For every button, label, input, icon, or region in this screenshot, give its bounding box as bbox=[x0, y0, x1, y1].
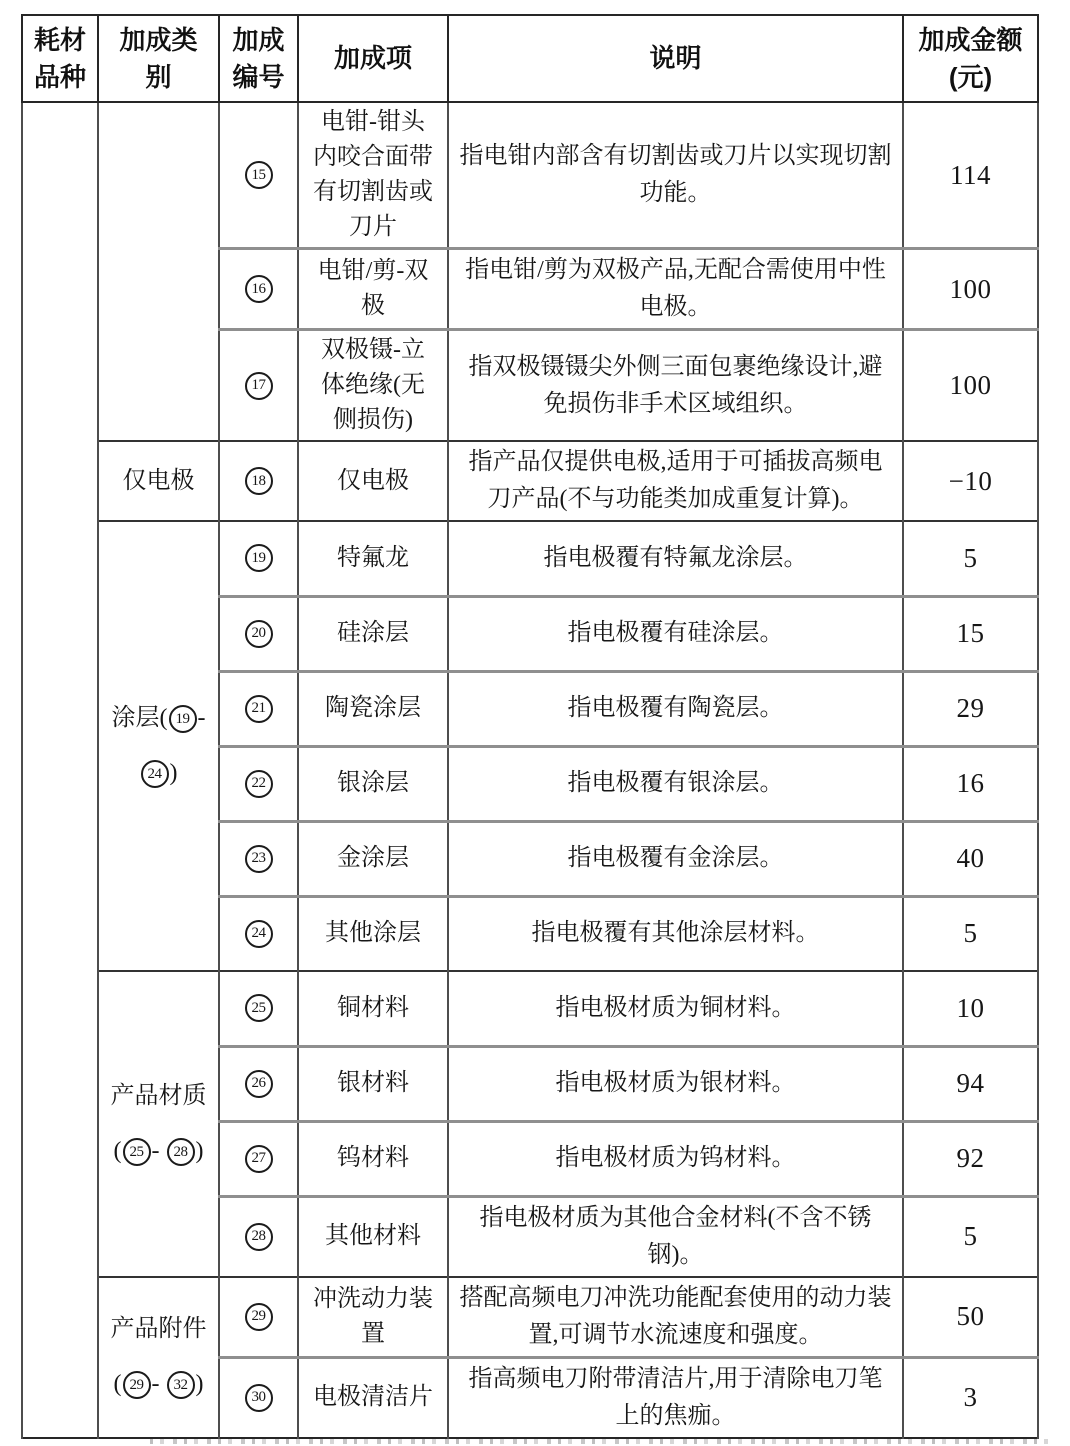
category-range-end: 32) bbox=[166, 1371, 204, 1397]
circled-number-badge: 27 bbox=[245, 1145, 273, 1173]
table-row: 产品附件(29- 32)29冲洗动力装置搭配高频电刀冲洗功能配套使用的动力装置,… bbox=[22, 1277, 1038, 1358]
description-cell: 指电极覆有陶瓷层。 bbox=[448, 671, 903, 746]
markup-number-cell: 24 bbox=[219, 896, 298, 971]
description-cell: 指电极材质为银材料。 bbox=[448, 1046, 903, 1121]
consumable-type-cell bbox=[22, 102, 98, 1438]
header-row: 耗材品种 加成类别 加成编号 加成项 说明 加成金额(元) bbox=[22, 15, 1038, 102]
circled-number-badge: 16 bbox=[245, 275, 273, 303]
markup-item-cell: 电钳-钳头内咬合面带有切割齿或刀片 bbox=[298, 102, 448, 249]
amount-cell: 114 bbox=[903, 102, 1038, 249]
circled-number-badge: 30 bbox=[245, 1384, 273, 1412]
circled-number-badge: 26 bbox=[245, 1070, 273, 1098]
markup-number-cell: 20 bbox=[219, 596, 298, 671]
category-range-start: (25- bbox=[114, 1138, 160, 1164]
category-range-start: (29- bbox=[114, 1371, 160, 1397]
circled-number-badge: 19 bbox=[245, 544, 273, 572]
header-markup-number: 加成编号 bbox=[219, 15, 298, 102]
markup-item-cell: 银材料 bbox=[298, 1046, 448, 1121]
amount-cell: −10 bbox=[903, 441, 1038, 521]
markup-item-cell: 银涂层 bbox=[298, 746, 448, 821]
table-row: 15电钳-钳头内咬合面带有切割齿或刀片指电钳内部含有切割齿或刀片以实现切割功能。… bbox=[22, 102, 1038, 249]
markup-number-cell: 18 bbox=[219, 441, 298, 521]
description-cell: 指电极材质为其他合金材料(不含不锈钢)。 bbox=[448, 1196, 903, 1277]
circled-number-badge: 21 bbox=[245, 695, 273, 723]
amount-cell: 3 bbox=[903, 1357, 1038, 1438]
markup-number-cell: 26 bbox=[219, 1046, 298, 1121]
category-range-start: (19- bbox=[160, 705, 206, 731]
category-cell: 涂层(19- 24) bbox=[98, 521, 219, 971]
markup-item-cell: 金涂层 bbox=[298, 821, 448, 896]
description-cell: 指产品仅提供电极,适用于可插拔高频电刀产品(不与功能类加成重复计算)。 bbox=[448, 441, 903, 521]
description-cell: 指电极覆有其他涂层材料。 bbox=[448, 896, 903, 971]
markup-number-cell: 19 bbox=[219, 521, 298, 596]
table-body: 15电钳-钳头内咬合面带有切割齿或刀片指电钳内部含有切割齿或刀片以实现切割功能。… bbox=[22, 102, 1038, 1438]
amount-cell: 15 bbox=[903, 596, 1038, 671]
category-cell: 产品材质(25- 28) bbox=[98, 971, 219, 1277]
description-cell: 指电极覆有金涂层。 bbox=[448, 821, 903, 896]
table-row: 产品材质(25- 28)25铜材料指电极材质为铜材料。10 bbox=[22, 971, 1038, 1046]
circled-number-badge: 17 bbox=[245, 372, 273, 400]
amount-cell: 94 bbox=[903, 1046, 1038, 1121]
table-header: 耗材品种 加成类别 加成编号 加成项 说明 加成金额(元) bbox=[22, 15, 1038, 102]
circled-number-badge: 24 bbox=[141, 760, 169, 788]
markup-number-cell: 27 bbox=[219, 1121, 298, 1196]
amount-cell: 92 bbox=[903, 1121, 1038, 1196]
amount-cell: 5 bbox=[903, 1196, 1038, 1277]
category-label: 仅电极 bbox=[123, 468, 195, 494]
amount-cell: 40 bbox=[903, 821, 1038, 896]
document-page: 耗材品种 加成类别 加成编号 加成项 说明 加成金额(元) 15电钳-钳头内咬合… bbox=[0, 0, 1070, 1446]
circled-number-badge: 19 bbox=[169, 705, 197, 733]
markup-number-cell: 30 bbox=[219, 1357, 298, 1438]
markup-number-cell: 28 bbox=[219, 1196, 298, 1277]
circled-number-badge: 24 bbox=[245, 920, 273, 948]
markup-number-cell: 15 bbox=[219, 102, 298, 249]
markup-number-cell: 16 bbox=[219, 249, 298, 330]
amount-cell: 5 bbox=[903, 521, 1038, 596]
description-cell: 指电极覆有硅涂层。 bbox=[448, 596, 903, 671]
description-cell: 指电极材质为铜材料。 bbox=[448, 971, 903, 1046]
description-cell: 指电极材质为钨材料。 bbox=[448, 1121, 903, 1196]
header-markup-amount: 加成金额(元) bbox=[903, 15, 1038, 102]
category-label: 产品附件 bbox=[111, 1316, 207, 1342]
markup-item-cell: 仅电极 bbox=[298, 441, 448, 521]
circled-number-badge: 29 bbox=[245, 1303, 273, 1331]
markup-number-cell: 25 bbox=[219, 971, 298, 1046]
circled-number-badge: 29 bbox=[123, 1371, 151, 1399]
markup-item-cell: 钨材料 bbox=[298, 1121, 448, 1196]
amount-cell: 10 bbox=[903, 971, 1038, 1046]
markup-item-cell: 电极清洁片 bbox=[298, 1357, 448, 1438]
description-cell: 指电钳内部含有切割齿或刀片以实现切割功能。 bbox=[448, 102, 903, 249]
circled-number-badge: 32 bbox=[167, 1371, 195, 1399]
markup-item-cell: 电钳/剪-双极 bbox=[298, 249, 448, 330]
description-cell: 搭配高频电刀冲洗功能配套使用的动力装置,可调节水流速度和强度。 bbox=[448, 1277, 903, 1358]
markup-table: 耗材品种 加成类别 加成编号 加成项 说明 加成金额(元) 15电钳-钳头内咬合… bbox=[21, 14, 1039, 1439]
markup-item-cell: 其他涂层 bbox=[298, 896, 448, 971]
markup-number-cell: 21 bbox=[219, 671, 298, 746]
circled-number-badge: 18 bbox=[245, 467, 273, 495]
circled-number-badge: 25 bbox=[245, 994, 273, 1022]
category-label: 涂层 bbox=[112, 705, 160, 731]
amount-cell: 5 bbox=[903, 896, 1038, 971]
circled-number-badge: 23 bbox=[245, 845, 273, 873]
header-consumable-type: 耗材品种 bbox=[22, 15, 98, 102]
header-markup-item: 加成项 bbox=[298, 15, 448, 102]
circled-number-badge: 22 bbox=[245, 770, 273, 798]
amount-cell: 50 bbox=[903, 1277, 1038, 1358]
header-markup-category: 加成类别 bbox=[98, 15, 219, 102]
description-cell: 指电极覆有特氟龙涂层。 bbox=[448, 521, 903, 596]
markup-item-cell: 陶瓷涂层 bbox=[298, 671, 448, 746]
description-cell: 指电极覆有银涂层。 bbox=[448, 746, 903, 821]
description-cell: 指高频电刀附带清洁片,用于清除电刀笔上的焦痂。 bbox=[448, 1357, 903, 1438]
amount-cell: 16 bbox=[903, 746, 1038, 821]
circled-number-badge: 28 bbox=[167, 1138, 195, 1166]
description-cell: 指双极镊镊尖外侧三面包裹绝缘设计,避免损伤非手术区域组织。 bbox=[448, 330, 903, 442]
description-cell: 指电钳/剪为双极产品,无配合需使用中性电极。 bbox=[448, 249, 903, 330]
markup-item-cell: 特氟龙 bbox=[298, 521, 448, 596]
category-cell: 产品附件(29- 32) bbox=[98, 1277, 219, 1438]
category-range-end: 28) bbox=[166, 1138, 204, 1164]
amount-cell: 29 bbox=[903, 671, 1038, 746]
cutoff-text-artifact bbox=[150, 1439, 1050, 1444]
table-row: 仅电极18仅电极指产品仅提供电极,适用于可插拔高频电刀产品(不与功能类加成重复计… bbox=[22, 441, 1038, 521]
circled-number-badge: 20 bbox=[245, 620, 273, 648]
markup-item-cell: 铜材料 bbox=[298, 971, 448, 1046]
category-range-end: 24) bbox=[140, 760, 178, 786]
table-row: 涂层(19- 24)19特氟龙指电极覆有特氟龙涂层。5 bbox=[22, 521, 1038, 596]
circled-number-badge: 25 bbox=[123, 1138, 151, 1166]
markup-number-cell: 17 bbox=[219, 330, 298, 442]
amount-cell: 100 bbox=[903, 249, 1038, 330]
markup-item-cell: 冲洗动力装置 bbox=[298, 1277, 448, 1358]
header-description: 说明 bbox=[448, 15, 903, 102]
markup-item-cell: 硅涂层 bbox=[298, 596, 448, 671]
markup-number-cell: 29 bbox=[219, 1277, 298, 1358]
category-cell bbox=[98, 102, 219, 441]
markup-item-cell: 双极镊-立体绝缘(无侧损伤) bbox=[298, 330, 448, 442]
amount-cell: 100 bbox=[903, 330, 1038, 442]
markup-number-cell: 22 bbox=[219, 746, 298, 821]
markup-item-cell: 其他材料 bbox=[298, 1196, 448, 1277]
category-label: 产品材质 bbox=[111, 1083, 207, 1109]
circled-number-badge: 28 bbox=[245, 1223, 273, 1251]
markup-number-cell: 23 bbox=[219, 821, 298, 896]
category-cell: 仅电极 bbox=[98, 441, 219, 521]
circled-number-badge: 15 bbox=[245, 161, 273, 189]
